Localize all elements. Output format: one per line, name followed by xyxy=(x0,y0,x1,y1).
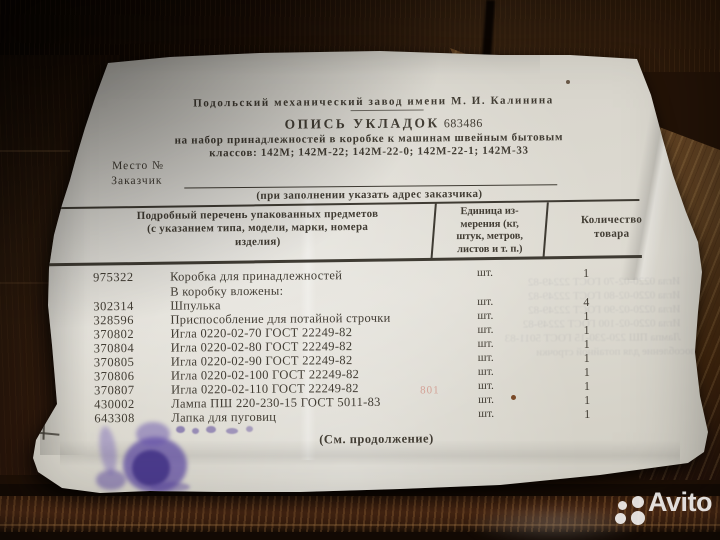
item-qty: 1 xyxy=(584,379,590,394)
subtitle-line-2: классов: 142М; 142М-22; 142М-22-0; 142М-… xyxy=(149,144,589,160)
table-header-rule xyxy=(42,255,642,266)
item-code: 370805 xyxy=(94,355,135,370)
form-number: 683486 xyxy=(444,116,483,130)
bleed-through-text: Лампа ПШ 220-230-15 ГОСТ 5011-83 xyxy=(431,331,681,345)
factory-name: Подольский механический завод имени М. И… xyxy=(158,94,588,110)
item-code: 643308 xyxy=(94,411,135,426)
table-header-col3-line2: товара xyxy=(562,227,662,241)
item-unit: шт. xyxy=(478,380,494,392)
item-code: 370806 xyxy=(94,369,135,384)
item-qty: 1 xyxy=(584,407,590,422)
item-code: 328596 xyxy=(93,313,134,328)
item-unit: шт. xyxy=(478,394,494,406)
table-header-col2-line4: листов и т. п.) xyxy=(440,243,540,256)
item-name: Коробка для принадлежностей xyxy=(170,268,342,285)
short-rule xyxy=(351,109,424,111)
table-header-col3-line1: Количество xyxy=(562,213,662,227)
item-code: 975322 xyxy=(93,270,134,285)
item-unit: шт. xyxy=(478,408,494,420)
paper-speck xyxy=(511,395,516,400)
item-qty: 1 xyxy=(584,393,590,408)
place-label: Место № xyxy=(112,160,164,172)
item-code: 430002 xyxy=(94,397,135,412)
item-qty: 1 xyxy=(584,365,590,380)
customer-label: Заказчик xyxy=(111,175,162,187)
avito-watermark-text: Avito xyxy=(648,487,712,518)
item-code: 370804 xyxy=(94,341,135,356)
faint-red-mark: 801 xyxy=(420,384,440,396)
paper-sheet: Подольский механический завод имени М. И… xyxy=(0,0,720,540)
table-header-col1-line3: изделия) xyxy=(88,234,428,250)
table-header-col2-line2: мерения (кг, xyxy=(440,218,540,231)
item-code: 302314 xyxy=(93,299,134,314)
bleed-through-text: Игла 0220-02-80 ГОСТ 22249-82 xyxy=(430,289,680,303)
photo-scene: Подольский механический завод имени М. И… xyxy=(0,0,720,540)
item-name: Лапка для пуговиц xyxy=(171,410,276,426)
item-unit: шт. xyxy=(478,366,494,378)
bleed-through-text: Приспособление для потайной строчки xyxy=(471,345,720,359)
item-code: 370802 xyxy=(93,327,134,342)
table-header-col2-line3: штук, метров, xyxy=(440,230,540,243)
avito-watermark: Avito xyxy=(604,488,720,536)
table-column-divider xyxy=(430,203,436,259)
paper-speck xyxy=(566,80,570,84)
table-left-border xyxy=(42,212,50,440)
bleed-through-text: Игла 0220-02-70 ГОСТ 22249-82 xyxy=(430,275,680,289)
table-corner-stub xyxy=(37,432,59,436)
item-code: 370807 xyxy=(94,383,135,398)
bleed-through-text: Игла 0220-02-90 ГОСТ 22249-82 xyxy=(430,303,680,317)
paper-document: Подольский механический завод имени М. И… xyxy=(0,0,720,540)
continuation-note: (См. продолжение) xyxy=(261,431,491,448)
document-title: ОПИСЬ УКЛАДОК xyxy=(285,115,440,131)
bleed-through-text: Игла 0220-02-100 ГОСТ 22249-82 xyxy=(430,317,680,331)
table-header-col2-line1: Единица из- xyxy=(439,205,539,218)
table-column-divider xyxy=(542,202,548,258)
